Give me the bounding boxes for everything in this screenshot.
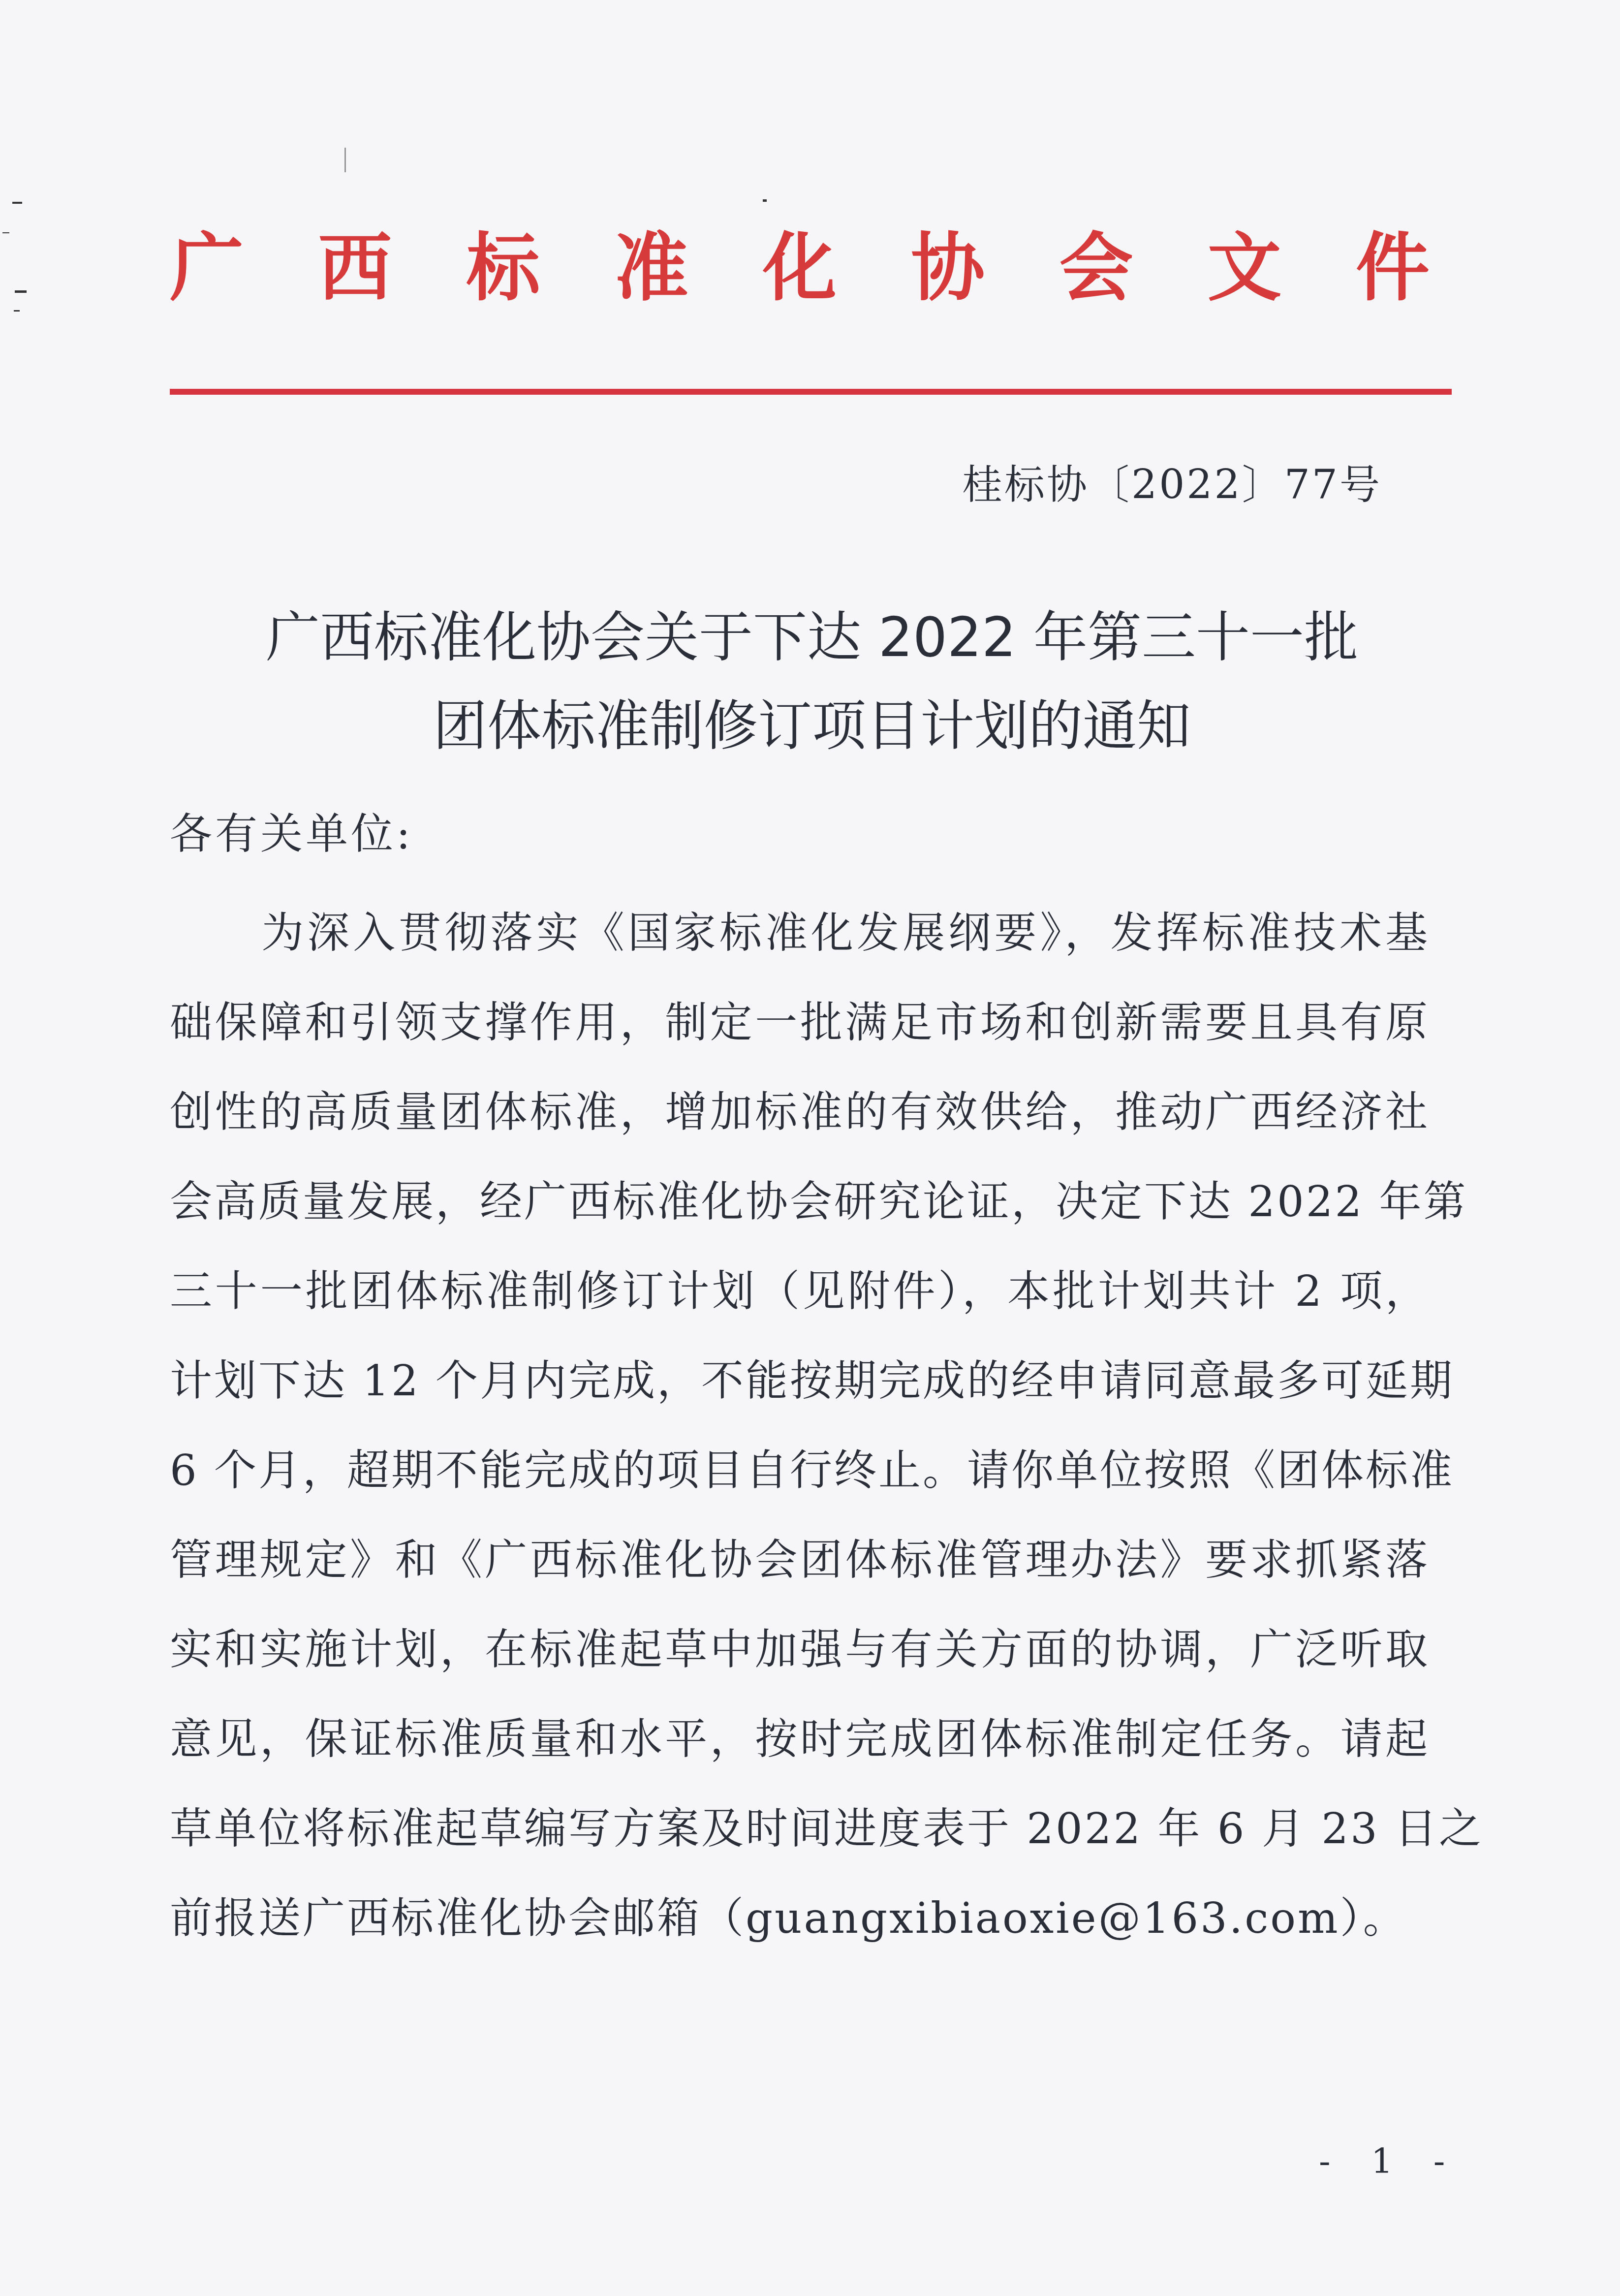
masthead-char: 准 xyxy=(615,231,688,305)
red-divider xyxy=(170,389,1452,395)
scan-speck xyxy=(763,199,767,202)
masthead-char: 协 xyxy=(911,231,985,305)
scan-speck xyxy=(14,310,20,312)
masthead-char: 广 xyxy=(170,231,244,305)
scan-speck xyxy=(12,202,22,204)
document-number: 桂标协〔2022〕77号 xyxy=(962,453,1382,510)
body-line: 管理规定》和《广西标准化协会团体标准管理办法》要求抓紧落 xyxy=(170,1515,1430,1605)
masthead-char: 化 xyxy=(763,231,837,305)
document-title-line-1: 广西标准化协会关于下达 2022 年第三十一批 xyxy=(148,610,1476,664)
masthead-char: 文 xyxy=(1208,231,1281,305)
masthead-char: 会 xyxy=(1059,231,1133,305)
body-line: 实和实施计划，在标准起草中加强与有关方面的协调，广泛听取 xyxy=(170,1605,1430,1695)
body-line: 计划下达 12 个月内完成，不能按期完成的经申请同意最多可延期 xyxy=(170,1336,1430,1426)
masthead-char: 标 xyxy=(466,231,540,305)
scan-speck xyxy=(2,232,9,233)
body-line: 为深入贯彻落实《国家标准化发展纲要》，发挥标准技术基 xyxy=(170,888,1430,978)
masthead-char: 西 xyxy=(318,231,392,305)
body-line: 三十一批团体标准制修订计划（见附件），本批计划共计 2 项， xyxy=(170,1247,1430,1336)
scan-speck xyxy=(15,290,27,293)
masthead: 广 西 标 准 化 协 会 文 件 xyxy=(170,231,1430,305)
body-line: 草单位将标准起草编写方案及时间进度表于 2022 年 6 月 23 日之 xyxy=(170,1784,1430,1874)
body-paragraph: 为深入贯彻落实《国家标准化发展纲要》，发挥标准技术基 础保障和引领支撑作用，制定… xyxy=(170,888,1430,1963)
body-line: 会高质量发展，经广西标准化协会研究论证，决定下达 2022 年第 xyxy=(170,1157,1430,1247)
page-number: - 1 - xyxy=(1319,2141,1460,2181)
body-line: 意见，保证标准质量和水平，按时完成团体标准制定任务。请起 xyxy=(170,1695,1430,1784)
body-line: 创性的高质量团体标准，增加标准的有效供给，推动广西经济社 xyxy=(170,1068,1430,1157)
body-line: 前报送广西标准化协会邮箱（guangxibiaoxie@163.com）。 xyxy=(170,1874,1430,1963)
masthead-char: 件 xyxy=(1356,231,1430,305)
salutation: 各有关单位: xyxy=(170,800,413,861)
body-line: 础保障和引领支撑作用，制定一批满足市场和创新需要且具有原 xyxy=(170,978,1430,1068)
scan-speck xyxy=(344,148,346,172)
body-line: 6 个月，超期不能完成的项目自行终止。请你单位按照《团体标准 xyxy=(170,1426,1430,1515)
document-title-line-2: 团体标准制修订项目计划的通知 xyxy=(148,699,1476,753)
